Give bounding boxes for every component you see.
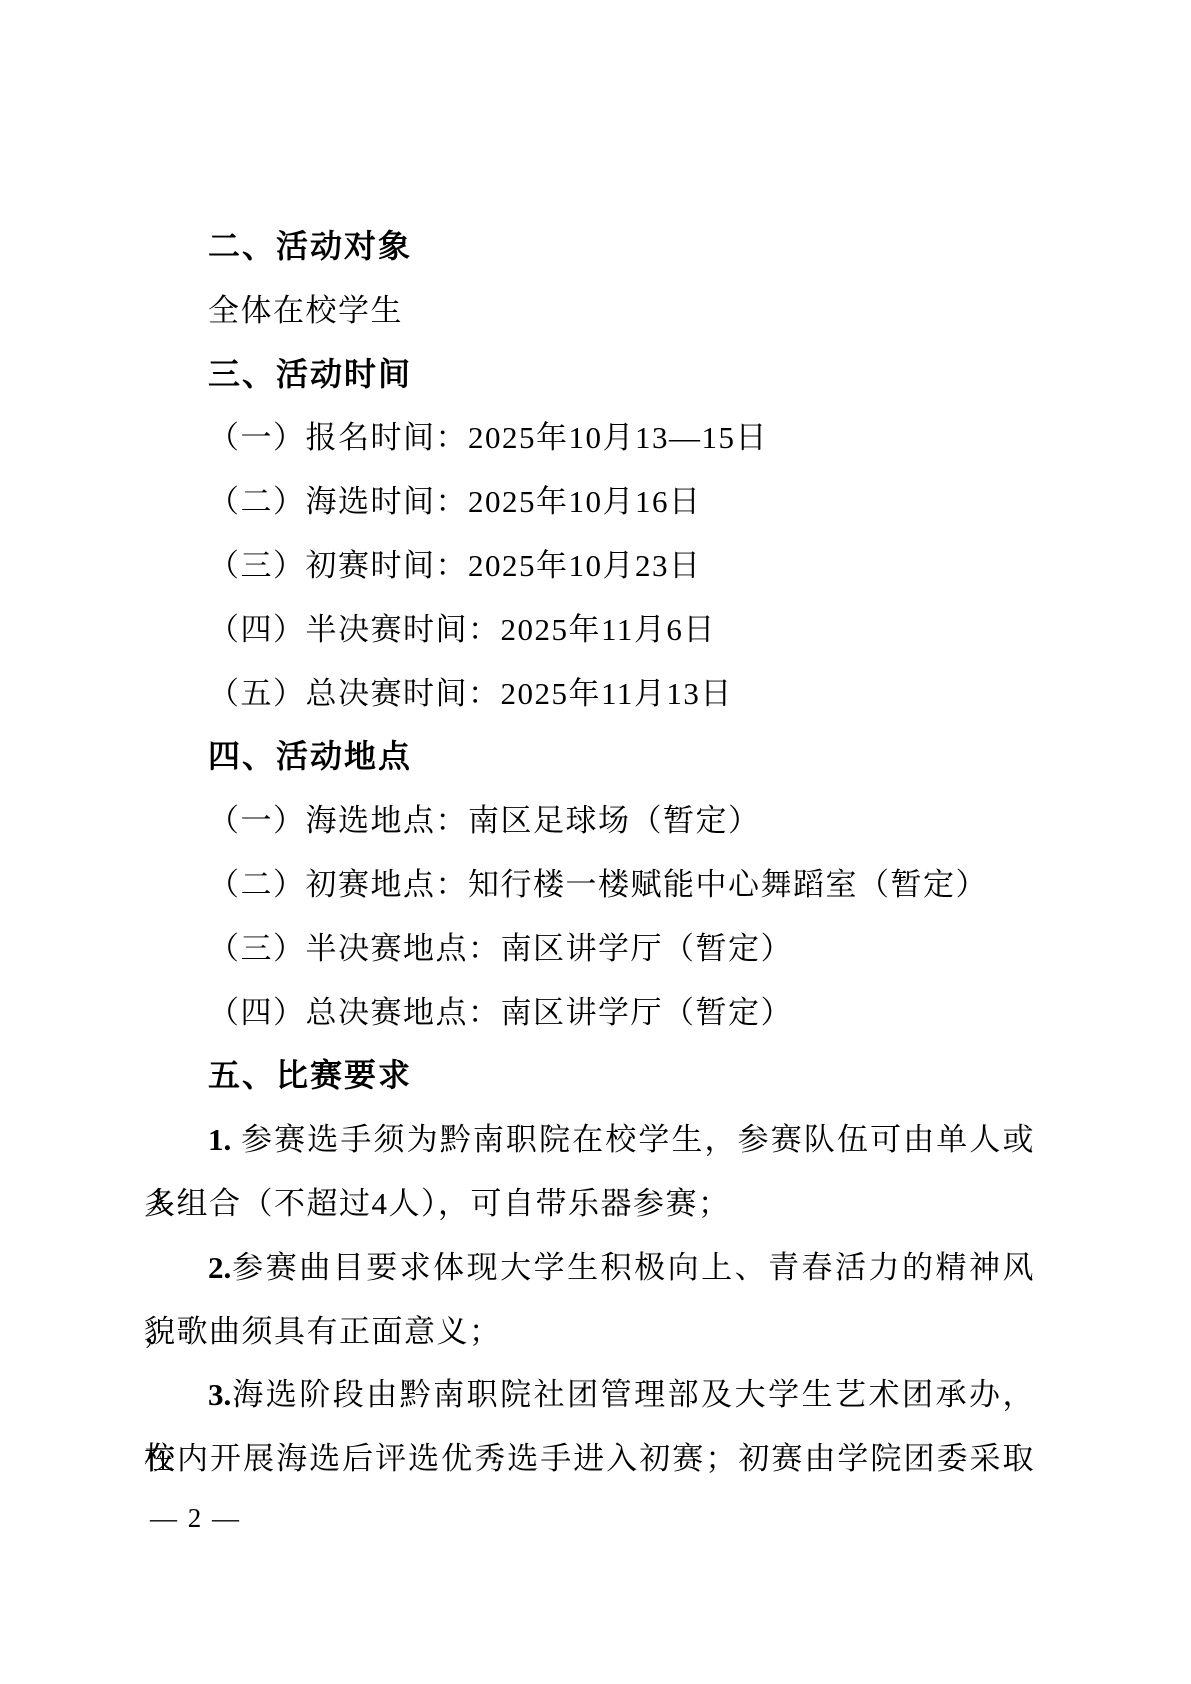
rule-2-line-2: ，歌曲须具有正面意义；	[144, 1300, 1035, 1364]
rule-3-line-1: 3.海选阶段由黔南职院社团管理部及大学生艺术团承办，在	[144, 1363, 1035, 1427]
para-activity-target: 全体在校学生	[144, 279, 1035, 343]
item-preliminary-time: （三）初赛时间：2025年10月23日	[144, 534, 1035, 598]
section-heading-activity-target: 二、活动对象	[144, 215, 1035, 279]
section-heading-competition-requirements: 五、比赛要求	[144, 1044, 1035, 1108]
rule-3-number: 3.	[208, 1377, 231, 1412]
item-audition-location: （一）海选地点：南区足球场（暂定）	[144, 789, 1035, 853]
page-number: — 2 —	[150, 1500, 241, 1536]
document-page: { "page": { "background": "#ffffff", "te…	[0, 0, 1191, 1684]
rule-1-line-1: 1. 参赛选手须为黔南职院在校学生，参赛队伍可由单人或多	[144, 1108, 1035, 1172]
rule-2-number: 2.	[208, 1250, 231, 1285]
item-semifinal-location: （三）半决赛地点：南区讲学厅（暂定）	[144, 917, 1035, 981]
item-final-time: （五）总决赛时间：2025年11月13日	[144, 662, 1035, 726]
rule-3-line-2: 校内开展海选后评选优秀选手进入初赛；初赛由学院团委采取	[144, 1427, 1035, 1491]
item-audition-time: （二）海选时间：2025年10月16日	[144, 470, 1035, 534]
item-preliminary-location: （二）初赛地点：知行楼一楼赋能中心舞蹈室（暂定）	[144, 853, 1035, 917]
rule-1-number: 1.	[208, 1122, 231, 1157]
item-signup-time: （一）报名时间：2025年10月13—15日	[144, 406, 1035, 470]
rule-1-line-2: 人组合（不超过4人），可自带乐器参赛；	[144, 1172, 1035, 1236]
document-body: 二、活动对象 全体在校学生 三、活动时间 （一）报名时间：2025年10月13—…	[144, 215, 1035, 1491]
item-final-location: （四）总决赛地点：南区讲学厅（暂定）	[144, 981, 1035, 1045]
section-heading-activity-time: 三、活动时间	[144, 343, 1035, 407]
section-heading-activity-location: 四、活动地点	[144, 725, 1035, 789]
item-semifinal-time: （四）半决赛时间：2025年11月6日	[144, 598, 1035, 662]
rule-2-line-1: 2.参赛曲目要求体现大学生积极向上、青春活力的精神风貌	[144, 1236, 1035, 1300]
